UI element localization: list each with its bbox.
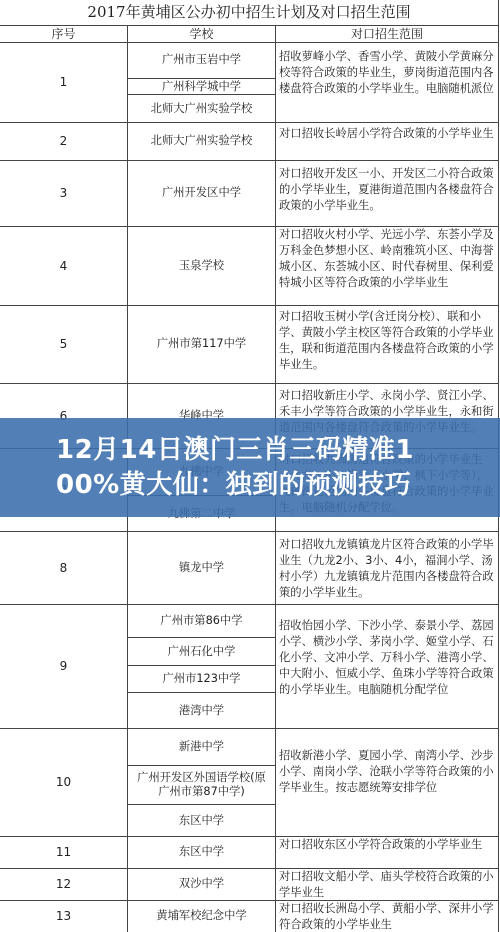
headline-banner: 12月14日澳门三肖三码精准1 00%黄大仙：独到的预测技巧	[0, 418, 500, 517]
header-no: 序号	[0, 25, 128, 42]
table-row: 1 广州市玉岩中学 广州科学城中学 北师大广州实验学校 招收萝峰小学、香雪小学、…	[0, 42, 498, 123]
school-name: 广州石化中学	[128, 638, 275, 666]
table-row: 4 玉泉学校 对口招收火村小学、光远小学、东荟小学及万科金色梦想小区、岭南雅筑小…	[0, 226, 498, 306]
row-number: 12	[0, 868, 128, 900]
school-name: 双沙中学	[128, 868, 275, 900]
range-cell: 对口招收玉树小学(含迁岗分校）、联和小学、黄陂小学主校区等符合政策的小学毕业生，…	[276, 305, 498, 383]
school-cell: 镇龙中学	[128, 531, 276, 604]
table-title: 2017年黄埔区公办初中招生计划及对口招生范围	[0, 0, 498, 26]
school-cell: 广州市第117中学	[128, 305, 276, 383]
school-name: 广州市123中学	[128, 666, 275, 693]
table-row: 9 广州市第86中学 广州石化中学 广州市123中学 港湾中学 招收怡园小学、下…	[0, 604, 498, 729]
headline-line-2: 00%黄大仙：独到的预测技巧	[56, 468, 500, 503]
header-range: 对口招生范围	[276, 25, 498, 42]
school-name: 北师大广州实验学校	[128, 122, 275, 160]
row-number: 13	[0, 900, 128, 932]
range-cell: 对口招收九龙镇镇龙片区符合政策的小学毕业生（九龙2小、3小、4小，福洞小学、汤村…	[276, 531, 498, 604]
range-cell: 对口招收东区小学符合政策的小学毕业生	[276, 836, 498, 868]
headline-line-1: 12月14日澳门三肖三码精准1	[56, 433, 500, 468]
school-name: 黄埔军校纪念中学	[128, 900, 275, 932]
row-number: 8	[0, 531, 128, 604]
school-name: 北师大广州实验学校	[128, 95, 275, 122]
table-row: 13 黄埔军校纪念中学 对口招收长洲岛小学、黄船小学、深井小学符合政策的小学毕业…	[0, 900, 498, 932]
table-row: 5 广州市第117中学 对口招收玉树小学(含迁岗分校）、联和小学、黄陂小学主校区…	[0, 305, 498, 384]
school-cell: 黄埔军校纪念中学	[128, 900, 276, 932]
school-cell: 双沙中学	[128, 868, 276, 900]
school-cell: 广州市第86中学 广州石化中学 广州市123中学 港湾中学	[128, 604, 276, 728]
table-row: 8 镇龙中学 对口招收九龙镇镇龙片区符合政策的小学毕业生（九龙2小、3小、4小，…	[0, 531, 498, 605]
table-header: 序号 学校 对口招生范围	[0, 25, 498, 43]
row-number: 1	[0, 42, 128, 122]
school-name: 玉泉学校	[128, 226, 275, 305]
table-row: 3 广州开发区中学 对口招收开发区一小、开发区二小符合政策的小学毕业生，夏港街道…	[0, 160, 498, 227]
row-number: 10	[0, 728, 128, 836]
range-cell: 招收萝峰小学、香雪小学、黄陂小学黄麻分校等符合政策的毕业生，萝岗街道范围内各楼盘…	[276, 42, 498, 122]
table-row: 2 北师大广州实验学校 对口招收长岭居小学符合政策的小学毕业生	[0, 122, 498, 161]
row-number: 3	[0, 160, 128, 226]
school-name: 广州开发区外国语学校(原广州市第87中学)	[128, 766, 275, 805]
school-name: 东区中学	[128, 805, 275, 836]
school-cell: 广州市玉岩中学 广州科学城中学 北师大广州实验学校	[128, 42, 276, 122]
school-name: 广州市第117中学	[128, 305, 275, 383]
school-cell: 北师大广州实验学校	[128, 122, 276, 160]
school-name: 广州科学城中学	[128, 79, 275, 95]
school-name: 镇龙中学	[128, 531, 275, 604]
school-name: 新港中学	[128, 728, 275, 766]
row-number: 4	[0, 226, 128, 305]
range-cell: 对口招收长洲岛小学、黄船小学、深井小学符合政策的小学毕业生	[276, 900, 498, 932]
school-cell: 广州开发区中学	[128, 160, 276, 226]
table-row: 11 东区中学 对口招收东区小学符合政策的小学毕业生	[0, 836, 498, 869]
school-name: 港湾中学	[128, 693, 275, 728]
row-number: 9	[0, 604, 128, 728]
table-row: 12 双沙中学 对口招收文船小学、庙头学校符合政策的小学毕业生	[0, 868, 498, 901]
table-row: 10 新港中学 广州开发区外国语学校(原广州市第87中学) 东区中学 招收新港小…	[0, 728, 498, 837]
school-cell: 新港中学 广州开发区外国语学校(原广州市第87中学) 东区中学	[128, 728, 276, 836]
row-number: 2	[0, 122, 128, 160]
school-cell: 东区中学	[128, 836, 276, 868]
row-number: 5	[0, 305, 128, 383]
range-cell: 对口招收火村小学、光远小学、东荟小学及万科金色梦想小区、岭南雅筑小区、中海誉城小…	[276, 226, 498, 305]
range-cell: 招收怡园小学、下沙小学、泰景小学、荔园小学、横沙小学、茅岗小学、姬堂小学、石化小…	[276, 604, 498, 728]
school-name: 广州市玉岩中学	[128, 42, 275, 79]
school-name: 广州市第86中学	[128, 604, 275, 638]
school-name: 东区中学	[128, 836, 275, 868]
range-cell: 对口招收文船小学、庙头学校符合政策的小学毕业生	[276, 868, 498, 900]
range-cell: 招收新港小学、夏园小学、南湾小学、沙步小学、南岗小学、沧联小学等符合政策的小学毕…	[276, 728, 498, 836]
range-cell: 对口招收开发区一小、开发区二小符合政策的小学毕业生，夏港街道范围内各楼盘符合政策…	[276, 160, 498, 226]
school-name: 广州开发区中学	[128, 160, 275, 226]
row-number: 11	[0, 836, 128, 868]
header-school: 学校	[128, 25, 276, 42]
range-cell: 对口招收长岭居小学符合政策的小学毕业生	[276, 122, 498, 160]
school-cell: 玉泉学校	[128, 226, 276, 305]
